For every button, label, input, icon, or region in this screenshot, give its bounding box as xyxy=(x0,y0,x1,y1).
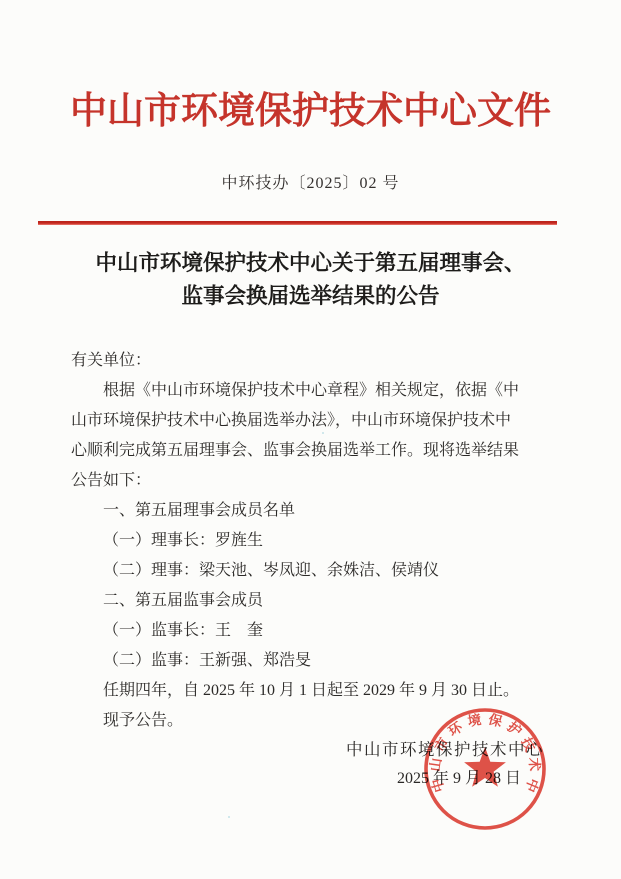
scan-speck xyxy=(322,432,324,434)
seal-ring-text-container: 中山市环境保护技术中心 xyxy=(419,703,543,800)
body-line-paragraph: 心顺利完成第五届理事会、监事会换届选举工作。现将选举结果 xyxy=(71,436,536,466)
body-line-supervisors: （二）监事：王新强、郑浩旻 xyxy=(71,646,536,676)
body-line-paragraph: 山市环境保护技术中心换届选举办法》，中山市环境保护技术中 xyxy=(71,406,536,436)
body-line-supervisor-chief: （一）监事长：王 奎 xyxy=(71,616,536,646)
seal-text: 中山市环境保护技术中心 xyxy=(419,703,543,800)
body-line-paragraph: 公告如下： xyxy=(71,466,536,496)
announcement-title: 中山市环境保护技术中心关于第五届理事会、 监事会换届选举结果的公告 xyxy=(30,247,591,313)
announcement-title-line1: 中山市环境保护技术中心关于第五届理事会、 xyxy=(30,247,591,280)
body-line-section-2: 二、第五届监事会成员 xyxy=(71,586,536,616)
scan-speck xyxy=(228,816,230,818)
document-number: 中环技办〔2025〕02 号 xyxy=(0,170,621,193)
body-line-term: 任期四年，自 2025 年 10 月 1 日起至 2029 年 9 月 30 日… xyxy=(71,676,536,706)
official-seal: 中山市环境保护技术中心 xyxy=(419,703,551,835)
body-line-salutation: 有关单位： xyxy=(71,346,536,376)
star-icon xyxy=(464,747,506,787)
body-line-paragraph: 根据《中山市环境保护技术中心章程》相关规定，依据《中 xyxy=(71,376,536,406)
body-line-section-1: 一、第五届理事会成员名单 xyxy=(71,496,536,526)
body-line-directors: （二）理事：梁天池、岑凤迎、余姝洁、侯靖仪 xyxy=(71,556,536,586)
red-separator-line xyxy=(38,221,557,225)
document-body: 有关单位： 根据《中山市环境保护技术中心章程》相关规定，依据《中 山市环境保护技… xyxy=(71,346,536,736)
announcement-title-line2: 监事会换届选举结果的公告 xyxy=(30,280,591,313)
scanned-document-page: 中山市环境保护技术中心文件 中环技办〔2025〕02 号 中山市环境保护技术中心… xyxy=(0,0,621,879)
document-header-title: 中山市环境保护技术中心文件 xyxy=(0,80,621,134)
body-line-chairman: （一）理事长：罗旌生 xyxy=(71,526,536,556)
